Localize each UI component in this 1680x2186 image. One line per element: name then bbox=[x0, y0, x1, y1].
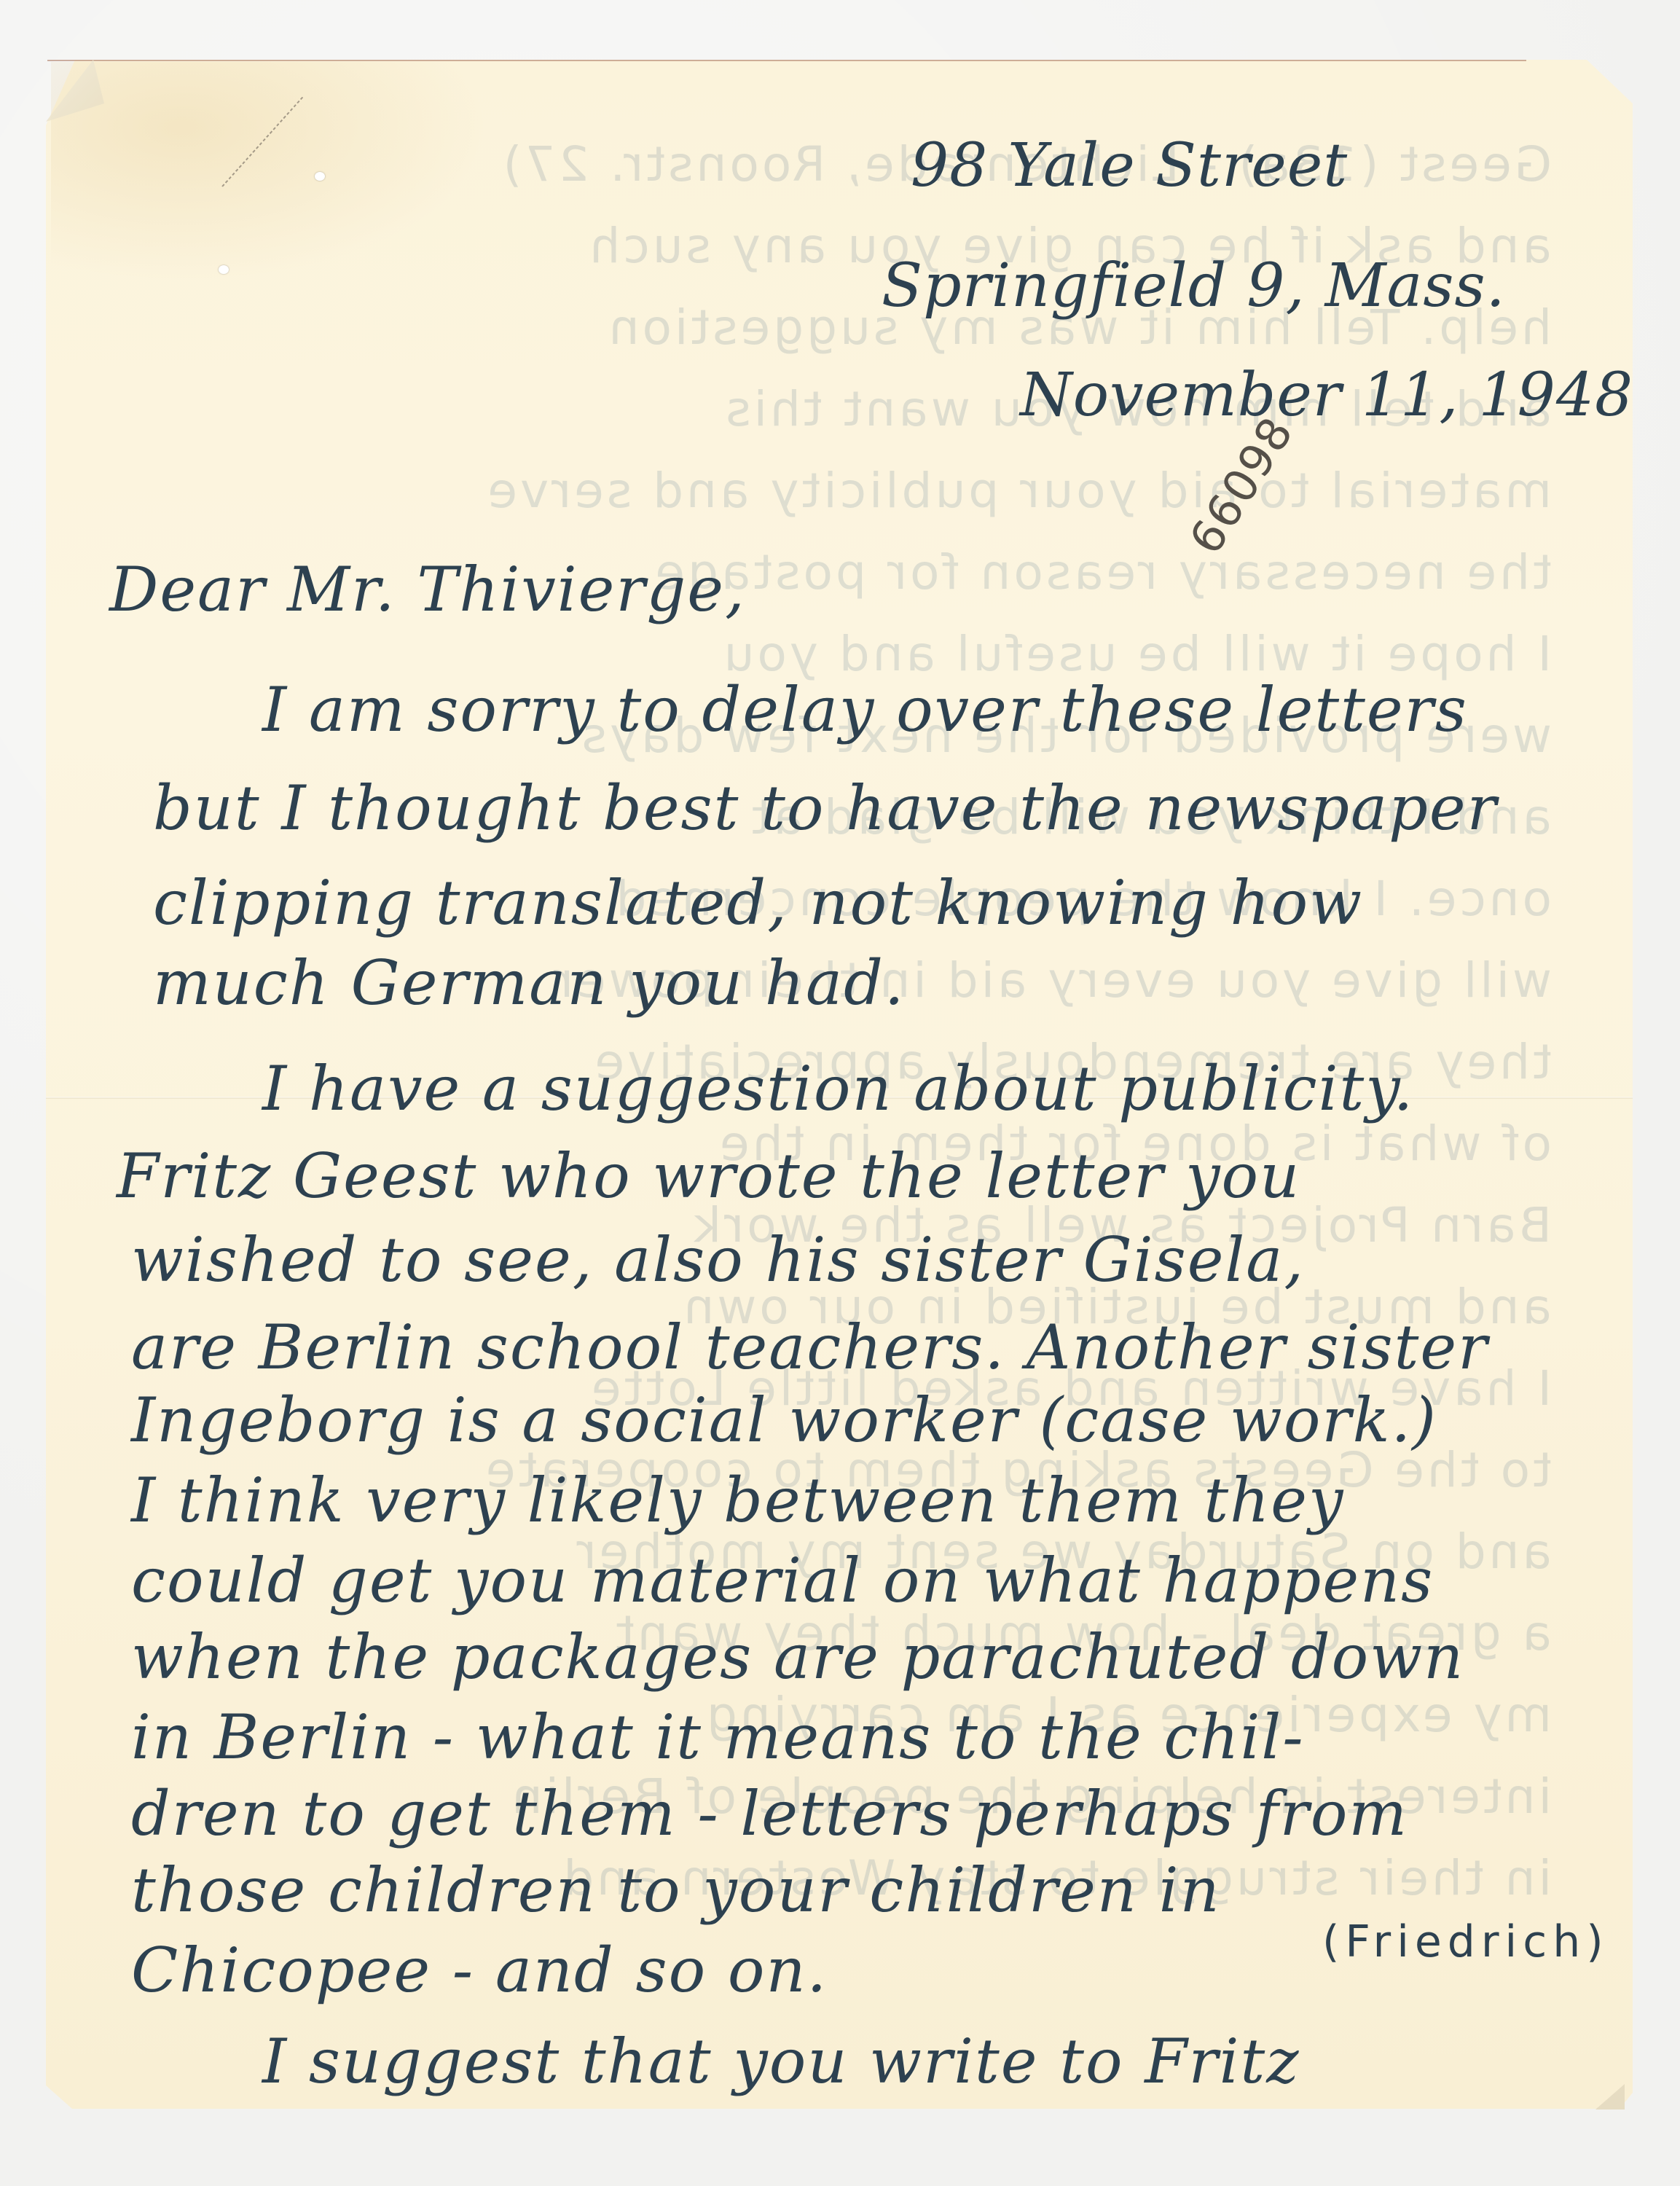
body-line: Fritz Geest who wrote the letter you bbox=[117, 1140, 1300, 1212]
body-line: wished to see, also his sister Gisela, bbox=[131, 1224, 1305, 1296]
body-line: Ingeborg is a social worker (case work.) bbox=[131, 1384, 1437, 1456]
body-line: I have a suggestion about publicity. bbox=[262, 1053, 1414, 1124]
body-line: clipping translated, not knowing how bbox=[153, 867, 1363, 939]
staple-hole-icon bbox=[315, 172, 325, 181]
body-line: could get you material on what happens bbox=[131, 1545, 1434, 1616]
body-line: when the packages are parachuted down bbox=[131, 1621, 1464, 1693]
body-line: are Berlin school teachers. Another sist… bbox=[131, 1312, 1488, 1383]
margin-annotation: (Friedrich) bbox=[1322, 1916, 1609, 1967]
body-line: dren to get them - letters perhaps from bbox=[131, 1778, 1408, 1849]
body-line: much German you had. bbox=[153, 947, 906, 1019]
address-street: 98 Yale Street bbox=[911, 131, 1348, 200]
body-line: I am sorry to delay over these letters bbox=[262, 674, 1468, 745]
body-line: I suggest that you write to Fritz bbox=[262, 2026, 1300, 2097]
staple-hole-icon bbox=[219, 265, 229, 274]
body-line: but I thought best to have the newspaper bbox=[153, 772, 1498, 844]
salutation: Dear Mr. Thivierge, bbox=[109, 554, 746, 625]
body-line: I think very likely between them they bbox=[131, 1465, 1344, 1536]
letter-date: November 11, 1948 bbox=[1020, 361, 1633, 430]
body-line: those children to your children in bbox=[131, 1854, 1221, 1926]
page-top-edge bbox=[47, 60, 1526, 61]
address-city: Springfield 9, Mass. bbox=[882, 251, 1506, 321]
paper-stain bbox=[51, 62, 488, 281]
body-line: Chicopee - and so on. bbox=[131, 1935, 828, 2006]
body-line: in Berlin - what it means to the chil- bbox=[131, 1701, 1305, 1773]
